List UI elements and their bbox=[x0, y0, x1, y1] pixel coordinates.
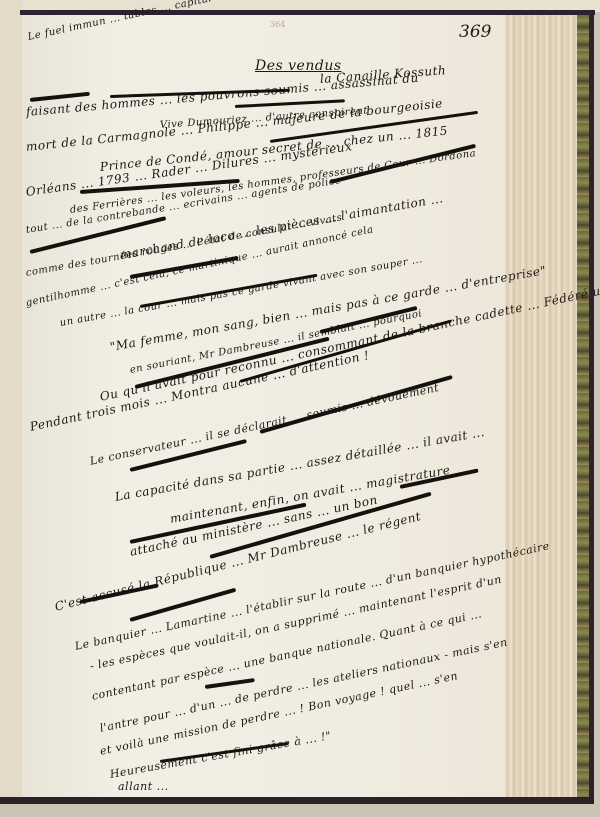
bottom-background bbox=[0, 804, 600, 817]
folio-number: 369 bbox=[459, 22, 491, 42]
pencil-page-number: 364 bbox=[270, 20, 285, 29]
bottom-binding-edge bbox=[0, 797, 594, 804]
right-binding-edge bbox=[589, 10, 594, 805]
page-edges-stack bbox=[505, 15, 577, 798]
left-book-margin bbox=[0, 0, 22, 800]
marbled-endpaper bbox=[577, 15, 589, 798]
manuscript-line: allant ... bbox=[118, 780, 169, 793]
